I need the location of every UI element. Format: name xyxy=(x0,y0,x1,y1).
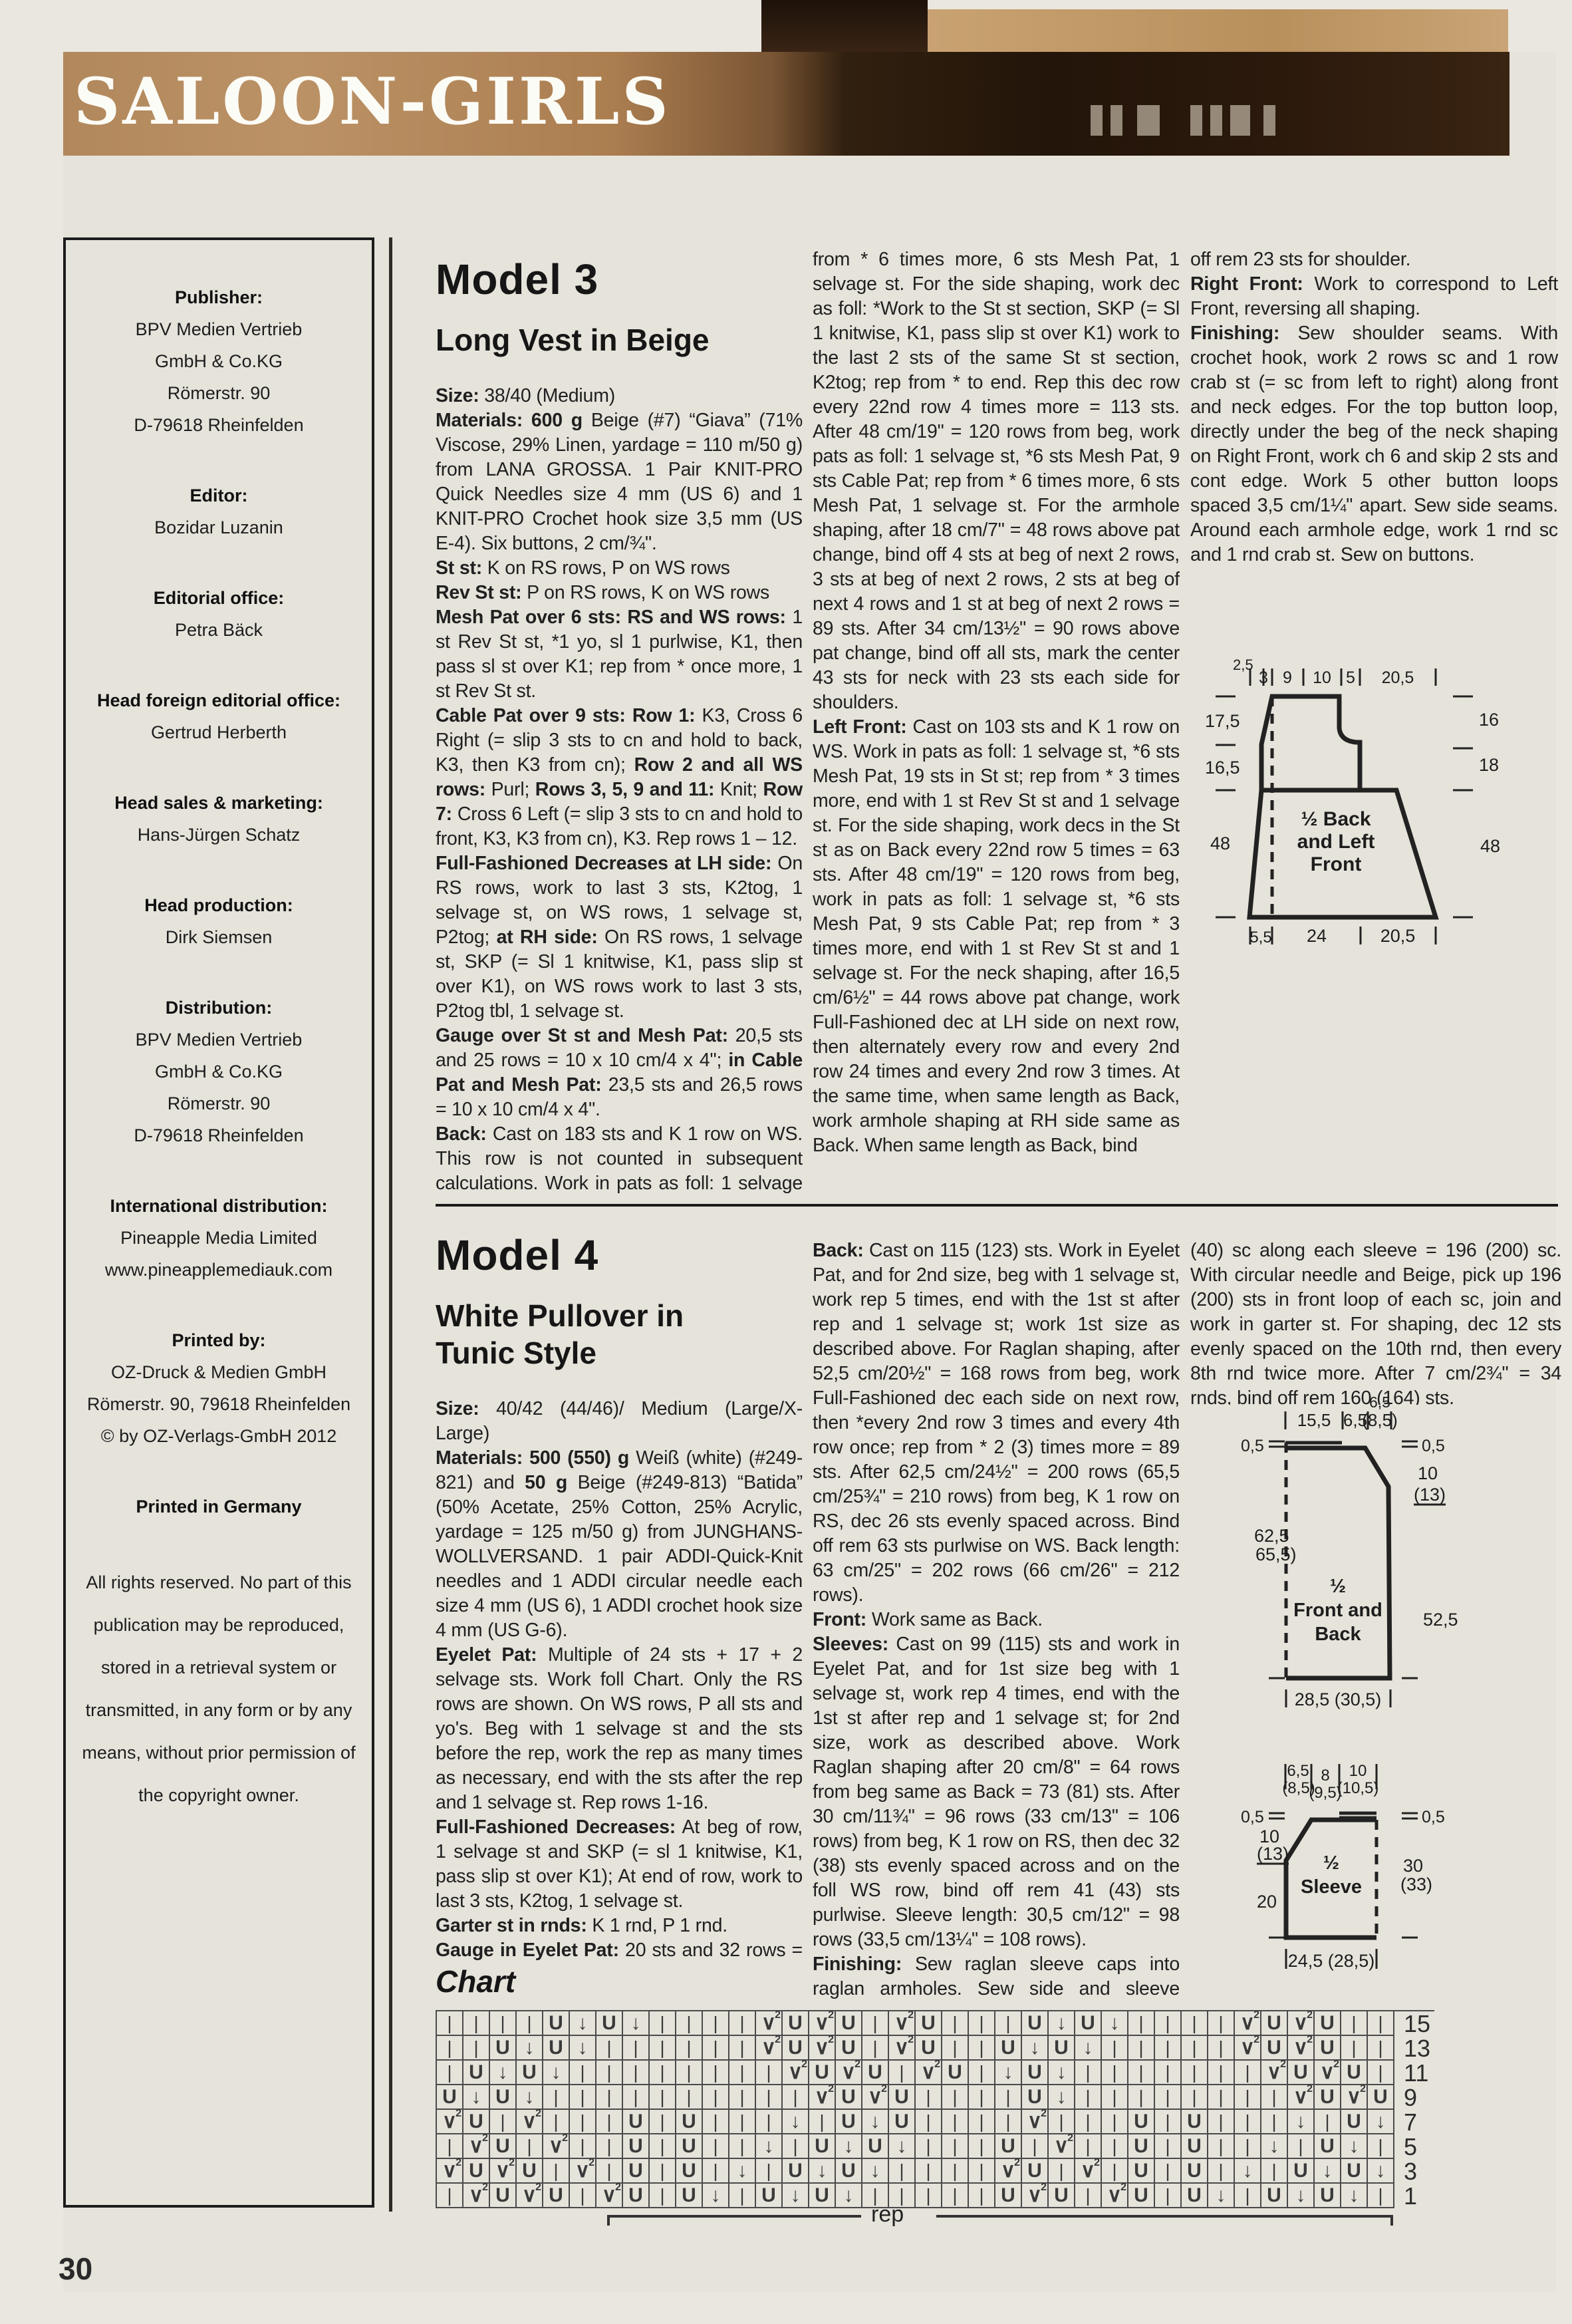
knit-stitch-icon: | xyxy=(969,2110,995,2134)
slip-stitch-icon: ↓ xyxy=(995,2061,1022,2085)
knit-stitch-icon: | xyxy=(517,2134,543,2159)
svg-text:Sleeve: Sleeve xyxy=(1301,1876,1362,1898)
double-decrease-icon: ∨2 xyxy=(756,2036,783,2061)
double-decrease-icon: ∨2 xyxy=(1261,2061,1288,2085)
imprint-section-line: Dirk Siemsen xyxy=(76,921,361,953)
slip-stitch-icon: ↓ xyxy=(703,2184,729,2208)
knit-stitch-icon: | xyxy=(1155,2159,1182,2184)
knit-stitch-icon: | xyxy=(1155,2061,1182,2085)
model3-column-3: off rem 23 sts for shoulder.Right Front:… xyxy=(1190,247,1558,647)
yarn-over-icon: U xyxy=(623,2134,650,2159)
double-decrease-icon: ∨2 xyxy=(1315,2061,1341,2085)
yarn-over-icon: U xyxy=(1315,2134,1341,2159)
imprint-section: Head sales & marketing:Hans-Jürgen Schat… xyxy=(76,787,361,851)
knit-stitch-icon: | xyxy=(570,2184,596,2208)
knit-stitch-icon: | xyxy=(756,2159,783,2184)
model3-column-1: Model 3 Long Vest in Beige Size: 38/40 (… xyxy=(436,255,803,1199)
paragraph: Right Front: Work to correspond to Left … xyxy=(1190,272,1558,321)
imprint-section-line: Gertrud Herberth xyxy=(76,716,361,748)
paragraph: Size: 40/42 (44/46)/ Medium (Large/X-Lar… xyxy=(436,1397,803,1446)
knit-stitch-icon: | xyxy=(437,2036,463,2061)
model3-text-col2: from * 6 times more, 6 sts Mesh Pat, 1 s… xyxy=(813,247,1180,1158)
yarn-over-icon: U xyxy=(1022,2011,1049,2036)
knit-stitch-icon: | xyxy=(1208,2110,1235,2134)
yarn-over-icon: U xyxy=(1022,2085,1049,2110)
double-decrease-icon: ∨2 xyxy=(517,2110,543,2134)
paragraph: Finishing: Sew shoulder seams. With croc… xyxy=(1190,321,1558,567)
yarn-over-icon: U xyxy=(1022,2159,1049,2184)
knit-stitch-icon: | xyxy=(862,2011,889,2036)
knit-stitch-icon: | xyxy=(623,2085,650,2110)
paragraph: (40) sc along each sleeve = 196 (200) sc… xyxy=(1190,1238,1561,1405)
slip-stitch-icon: ↓ xyxy=(1022,2036,1049,2061)
paragraph: Eyelet Pat: Multiple of 24 sts + 17 + 2 … xyxy=(436,1643,803,1815)
knit-stitch-icon: | xyxy=(463,2036,490,2061)
imprint-section: Editorial office:Petra Bäck xyxy=(76,582,361,646)
model4-column-2: Back: Cast on 115 (123) sts. Work in Eye… xyxy=(813,1238,1180,2003)
yarn-over-icon: U xyxy=(995,2184,1022,2208)
knit-stitch-icon: | xyxy=(889,2159,916,2184)
yarn-over-icon: U xyxy=(543,2036,570,2061)
knit-stitch-icon: | xyxy=(916,2184,942,2208)
knit-stitch-icon: | xyxy=(1368,2134,1394,2159)
chart-row-number: 9 xyxy=(1394,2085,1434,2110)
yarn-over-icon: U xyxy=(809,2061,836,2085)
imprint-section-label: Printed by: xyxy=(76,1324,361,1356)
imprint-section-line: BPV Medien Vertrieb xyxy=(76,1024,361,1056)
svg-text:½: ½ xyxy=(1323,1852,1339,1874)
double-decrease-icon: ∨2 xyxy=(1288,2085,1315,2110)
knit-stitch-icon: | xyxy=(623,2061,650,2085)
imprint-section-line: Römerstr. 90 xyxy=(76,377,361,409)
paragraph: Mesh Pat over 6 sts: RS and WS rows: 1 s… xyxy=(436,605,803,704)
svg-text:24: 24 xyxy=(1307,926,1327,946)
knit-stitch-icon: | xyxy=(1208,2011,1235,2036)
yarn-over-icon: U xyxy=(1128,2110,1155,2134)
magazine-page: SALOON-GIRLS Publisher:BPV Medien Vertri… xyxy=(0,0,1572,2324)
knit-stitch-icon: | xyxy=(1102,2085,1128,2110)
knit-stitch-icon: | xyxy=(1261,2110,1288,2134)
yarn-over-icon: U xyxy=(1049,2184,1075,2208)
model4-title: Model 4 xyxy=(436,1231,803,1280)
double-decrease-icon: ∨2 xyxy=(995,2159,1022,2184)
yarn-over-icon: U xyxy=(836,2159,862,2184)
chart-row-number: 3 xyxy=(1394,2159,1434,2184)
photo-fragment-dark xyxy=(761,0,928,53)
knit-stitch-icon: | xyxy=(729,2011,756,2036)
paragraph: Back: Cast on 183 sts and K 1 row on WS.… xyxy=(436,1122,803,1199)
imprint-section-label: International distribution: xyxy=(76,1190,361,1222)
knit-stitch-icon: | xyxy=(1182,2011,1208,2036)
knit-stitch-icon: | xyxy=(596,2036,623,2061)
slip-stitch-icon: ↓ xyxy=(1315,2159,1341,2184)
knit-stitch-icon: | xyxy=(703,2134,729,2159)
yarn-over-icon: U xyxy=(596,2011,623,2036)
knit-stitch-icon: | xyxy=(969,2036,995,2061)
imprint-section: All rights reserved. No part of this pub… xyxy=(76,1561,361,1816)
knit-stitch-icon: | xyxy=(1155,2036,1182,2061)
yarn-over-icon: U xyxy=(1288,2061,1315,2085)
knit-stitch-icon: | xyxy=(1261,2159,1288,2184)
slip-stitch-icon: ↓ xyxy=(1049,2011,1075,2036)
paragraph: Gauge in Eyelet Pat: 20 sts and 32 rows … xyxy=(436,1938,803,1962)
svg-text:16,5: 16,5 xyxy=(1205,758,1240,778)
double-decrease-icon: ∨2 xyxy=(809,2011,836,2036)
yarn-over-icon: U xyxy=(623,2184,650,2208)
knit-stitch-icon: | xyxy=(1341,2011,1368,2036)
knit-stitch-icon: | xyxy=(1102,2036,1128,2061)
knit-stitch-icon: | xyxy=(783,2085,809,2110)
knit-stitch-icon: | xyxy=(995,2110,1022,2134)
svg-text:½ Back: ½ Back xyxy=(1301,808,1371,830)
page-number: 30 xyxy=(59,2251,92,2287)
imprint-section-label: Distribution: xyxy=(76,992,361,1024)
schematic-back-left-front: 2,5 3 9 10 5 20,5 17,5 16,5 48 16 18 48 … xyxy=(1190,655,1563,961)
model3-subtitle: Long Vest in Beige xyxy=(436,321,803,359)
paragraph: Full-Fashioned Decreases at LH side: On … xyxy=(436,851,803,1024)
double-decrease-icon: ∨2 xyxy=(1049,2134,1075,2159)
slip-stitch-icon: ↓ xyxy=(1368,2159,1394,2184)
section-divider-rule xyxy=(436,1204,1558,1207)
imprint-section: International distribution:Pineapple Med… xyxy=(76,1190,361,1286)
knit-stitch-icon: | xyxy=(729,2061,756,2085)
knit-stitch-icon: | xyxy=(463,2011,490,2036)
svg-text:9: 9 xyxy=(1283,668,1292,687)
knit-stitch-icon: | xyxy=(676,2011,703,2036)
yarn-over-icon: U xyxy=(437,2085,463,2110)
slip-stitch-icon: ↓ xyxy=(1288,2184,1315,2208)
knit-stitch-icon: | xyxy=(942,2011,969,2036)
knit-stitch-icon: | xyxy=(490,2110,517,2134)
yarn-over-icon: U xyxy=(623,2110,650,2134)
slip-stitch-icon: ↓ xyxy=(783,2184,809,2208)
yarn-over-icon: U xyxy=(836,2011,862,2036)
knit-stitch-icon: | xyxy=(1235,2184,1261,2208)
knit-stitch-icon: | xyxy=(969,2184,995,2208)
slip-stitch-icon: ↓ xyxy=(1341,2184,1368,2208)
imprint-section: Head foreign editorial office:Gertrud He… xyxy=(76,684,361,748)
imprint-section: Publisher:BPV Medien VertriebGmbH & Co.K… xyxy=(76,281,361,441)
svg-text:(33): (33) xyxy=(1400,1874,1432,1894)
knit-stitch-icon: | xyxy=(570,2110,596,2134)
svg-text:30: 30 xyxy=(1403,1856,1423,1876)
yarn-over-icon: U xyxy=(1261,2184,1288,2208)
yarn-over-icon: U xyxy=(1315,2085,1341,2110)
yarn-over-icon: U xyxy=(836,2036,862,2061)
model3-title: Model 3 xyxy=(436,255,803,304)
yarn-over-icon: U xyxy=(995,2036,1022,2061)
svg-text:10: 10 xyxy=(1349,1762,1367,1780)
imprint-section-line: © by OZ-Verlags-GmbH 2012 xyxy=(76,1420,361,1452)
yarn-over-icon: U xyxy=(783,2011,809,2036)
model3-text-col3: off rem 23 sts for shoulder.Right Front:… xyxy=(1190,247,1558,567)
slip-stitch-icon: ↓ xyxy=(889,2134,916,2159)
imprint-section-line: BPV Medien Vertrieb xyxy=(76,313,361,345)
knit-stitch-icon: | xyxy=(1102,2159,1128,2184)
svg-text:½: ½ xyxy=(1330,1576,1346,1597)
yarn-over-icon: U xyxy=(1341,2159,1368,2184)
model4-column-1: Model 4 White Pullover in Tunic Style Si… xyxy=(436,1231,803,1962)
yarn-over-icon: U xyxy=(676,2184,703,2208)
yarn-over-icon: U xyxy=(756,2184,783,2208)
knit-stitch-icon: | xyxy=(1208,2036,1235,2061)
knit-stitch-icon: | xyxy=(756,2061,783,2085)
paragraph: Full-Fashioned Decreases: At beg of row,… xyxy=(436,1815,803,1914)
svg-text:3: 3 xyxy=(1259,668,1268,687)
svg-text:18: 18 xyxy=(1479,755,1499,775)
knit-stitch-icon: | xyxy=(862,2036,889,2061)
svg-text:0,5: 0,5 xyxy=(1422,1437,1445,1455)
slip-stitch-icon: ↓ xyxy=(1208,2184,1235,2208)
knit-stitch-icon: | xyxy=(676,2085,703,2110)
yarn-over-icon: U xyxy=(995,2134,1022,2159)
yarn-over-icon: U xyxy=(836,2085,862,2110)
paragraph: Size: 38/40 (Medium) xyxy=(436,384,803,408)
slip-stitch-icon: ↓ xyxy=(623,2011,650,2036)
double-decrease-icon: ∨2 xyxy=(1288,2036,1315,2061)
imprint-section-line: www.pineapplemediauk.com xyxy=(76,1254,361,1286)
knit-stitch-icon: | xyxy=(916,2085,942,2110)
knitting-chart-grid: ||||U↓U↓||||∨2U∨2U|∨2U|||U↓U↓||||∨2U∨2U|… xyxy=(436,2010,1434,2208)
slip-stitch-icon: ↓ xyxy=(1368,2110,1394,2134)
slip-stitch-icon: ↓ xyxy=(1049,2061,1075,2085)
yarn-over-icon: U xyxy=(676,2159,703,2184)
rep-label: rep xyxy=(871,2202,904,2228)
slip-stitch-icon: ↓ xyxy=(517,2085,543,2110)
slip-stitch-icon: ↓ xyxy=(729,2159,756,2184)
model4-subtitle: White Pullover in Tunic Style xyxy=(436,1297,715,1372)
knit-stitch-icon: | xyxy=(969,2011,995,2036)
svg-text:17,5: 17,5 xyxy=(1205,711,1240,731)
yarn-over-icon: U xyxy=(783,2159,809,2184)
model4-text-col1: Size: 40/42 (44/46)/ Medium (Large/X-Lar… xyxy=(436,1397,803,1962)
slip-stitch-icon: ↓ xyxy=(756,2134,783,2159)
knit-stitch-icon: | xyxy=(1102,2134,1128,2159)
knit-stitch-icon: | xyxy=(543,2085,570,2110)
double-decrease-icon: ∨2 xyxy=(596,2184,623,2208)
yarn-over-icon: U xyxy=(916,2036,942,2061)
yarn-over-icon: U xyxy=(1128,2184,1155,2208)
knit-stitch-icon: | xyxy=(437,2134,463,2159)
imprint-section-line: Bozidar Luzanin xyxy=(76,511,361,543)
knit-stitch-icon: | xyxy=(916,2159,942,2184)
knit-stitch-icon: | xyxy=(650,2184,676,2208)
svg-text:0,5: 0,5 xyxy=(1241,1437,1264,1455)
slip-stitch-icon: ↓ xyxy=(862,2159,889,2184)
imprint-section-line: D-79618 Rheinfelden xyxy=(76,1119,361,1151)
yarn-over-icon: U xyxy=(1182,2184,1208,2208)
slip-stitch-icon: ↓ xyxy=(517,2036,543,2061)
double-decrease-icon: ∨2 xyxy=(543,2134,570,2159)
double-decrease-icon: ∨2 xyxy=(1235,2036,1261,2061)
knit-stitch-icon: | xyxy=(1235,2134,1261,2159)
imprint-section-line: Römerstr. 90 xyxy=(76,1088,361,1119)
knit-stitch-icon: | xyxy=(596,2159,623,2184)
yarn-over-icon: U xyxy=(1315,2184,1341,2208)
knit-stitch-icon: | xyxy=(596,2134,623,2159)
knit-stitch-icon: | xyxy=(889,2061,916,2085)
double-decrease-icon: ∨2 xyxy=(1341,2085,1368,2110)
paragraph: Cable Pat over 9 sts: Row 1: K3, Cross 6… xyxy=(436,704,803,851)
yarn-over-icon: U xyxy=(490,2036,517,2061)
yarn-over-icon: U xyxy=(543,2184,570,2208)
paragraph: from * 6 times more, 6 sts Mesh Pat, 1 s… xyxy=(813,247,1180,715)
photo-partial-letters xyxy=(1091,105,1463,138)
knit-stitch-icon: | xyxy=(1049,2110,1075,2134)
double-decrease-icon: ∨2 xyxy=(1235,2011,1261,2036)
imprint-section-line: D-79618 Rheinfelden xyxy=(76,409,361,441)
paragraph: Left Front: Cast on 103 sts and K 1 row … xyxy=(813,715,1180,1158)
chart-row-number: 5 xyxy=(1394,2134,1434,2159)
photo-fragment-tan xyxy=(928,9,1508,53)
imprint-section-line: Römerstr. 90, 79618 Rheinfelden xyxy=(76,1388,361,1420)
yarn-over-icon: U xyxy=(490,2085,517,2110)
paragraph: St st: K on RS rows, P on WS rows xyxy=(436,556,803,581)
imprint-sections: Publisher:BPV Medien VertriebGmbH & Co.K… xyxy=(66,240,372,1816)
slip-stitch-icon: ↓ xyxy=(570,2036,596,2061)
knit-stitch-icon: | xyxy=(650,2159,676,2184)
yarn-over-icon: U xyxy=(783,2036,809,2061)
knit-stitch-icon: | xyxy=(969,2061,995,2085)
svg-text:Back: Back xyxy=(1315,1624,1361,1645)
slip-stitch-icon: ↓ xyxy=(1075,2036,1102,2061)
paragraph: Gauge over St st and Mesh Pat: 20,5 sts … xyxy=(436,1024,803,1122)
knit-stitch-icon: | xyxy=(1102,2110,1128,2134)
svg-text:20,5: 20,5 xyxy=(1380,926,1416,946)
svg-text:10: 10 xyxy=(1313,668,1331,687)
knit-stitch-icon: | xyxy=(969,2085,995,2110)
rep-bracket-line-right xyxy=(936,2215,1393,2218)
yarn-over-icon: U xyxy=(676,2134,703,2159)
svg-text:6,5: 6,5 xyxy=(1287,1762,1309,1780)
knit-stitch-icon: | xyxy=(969,2134,995,2159)
paragraph: Materials: 600 g Beige (#7) “Giava” (71%… xyxy=(436,408,803,556)
svg-text:15,5: 15,5 xyxy=(1297,1410,1331,1430)
model3-text-col1: Size: 38/40 (Medium)Materials: 600 g Bei… xyxy=(436,384,803,1199)
double-decrease-icon: ∨2 xyxy=(437,2110,463,2134)
knit-stitch-icon: | xyxy=(942,2036,969,2061)
knit-stitch-icon: | xyxy=(756,2085,783,2110)
yarn-over-icon: U xyxy=(1182,2110,1208,2134)
paragraph: Sleeves: Cast on 99 (115) sts and work i… xyxy=(813,1632,1180,1952)
knit-stitch-icon: | xyxy=(596,2061,623,2085)
double-decrease-icon: ∨2 xyxy=(889,2036,916,2061)
knit-stitch-icon: | xyxy=(1261,2085,1288,2110)
slip-stitch-icon: ↓ xyxy=(1288,2110,1315,2134)
knit-stitch-icon: | xyxy=(1128,2061,1155,2085)
knit-stitch-icon: | xyxy=(623,2036,650,2061)
svg-text:28,5 (30,5): 28,5 (30,5) xyxy=(1295,1689,1382,1709)
imprint-section-label: Editor: xyxy=(76,480,361,511)
double-decrease-icon: ∨2 xyxy=(809,2036,836,2061)
knit-stitch-icon: | xyxy=(703,2085,729,2110)
slip-stitch-icon: ↓ xyxy=(783,2110,809,2134)
imprint-section-line: OZ-Druck & Medien GmbH xyxy=(76,1356,361,1388)
knit-stitch-icon: | xyxy=(1155,2085,1182,2110)
slip-stitch-icon: ↓ xyxy=(1341,2134,1368,2159)
knit-stitch-icon: | xyxy=(1102,2061,1128,2085)
imprint-section: Head production:Dirk Siemsen xyxy=(76,889,361,953)
yarn-over-icon: U xyxy=(490,2184,517,2208)
double-decrease-icon: ∨2 xyxy=(490,2159,517,2184)
svg-text:0,5: 0,5 xyxy=(1422,1808,1445,1826)
knit-stitch-icon: | xyxy=(650,2036,676,2061)
knit-stitch-icon: | xyxy=(942,2134,969,2159)
knit-stitch-icon: | xyxy=(916,2110,942,2134)
slip-stitch-icon: ↓ xyxy=(1261,2134,1288,2159)
double-decrease-icon: ∨2 xyxy=(836,2061,862,2085)
double-decrease-icon: ∨2 xyxy=(463,2134,490,2159)
slip-stitch-icon: ↓ xyxy=(1235,2159,1261,2184)
knit-stitch-icon: | xyxy=(1182,2061,1208,2085)
imprint-box: Publisher:BPV Medien VertriebGmbH & Co.K… xyxy=(63,237,374,2208)
knit-stitch-icon: | xyxy=(809,2110,836,2134)
knit-stitch-icon: | xyxy=(596,2110,623,2134)
double-decrease-icon: ∨2 xyxy=(1022,2110,1049,2134)
chart-row-number: 7 xyxy=(1394,2110,1434,2134)
knit-stitch-icon: | xyxy=(1075,2184,1102,2208)
knit-stitch-icon: | xyxy=(756,2110,783,2134)
chart-row-number: 1 xyxy=(1394,2184,1434,2208)
knit-stitch-icon: | xyxy=(729,2036,756,2061)
knit-stitch-icon: | xyxy=(942,2184,969,2208)
svg-text:52,5: 52,5 xyxy=(1423,1610,1458,1630)
knit-stitch-icon: | xyxy=(570,2134,596,2159)
imprint-section: Distribution:BPV Medien VertriebGmbH & C… xyxy=(76,992,361,1151)
yarn-over-icon: U xyxy=(490,2134,517,2159)
yarn-over-icon: U xyxy=(1288,2159,1315,2184)
yarn-over-icon: U xyxy=(889,2110,916,2134)
knit-stitch-icon: | xyxy=(1155,2110,1182,2134)
yarn-over-icon: U xyxy=(1128,2134,1155,2159)
yarn-over-icon: U xyxy=(809,2134,836,2159)
svg-text:48: 48 xyxy=(1480,836,1500,856)
model4-text-col3: (40) sc along each sleeve = 196 (200) sc… xyxy=(1190,1238,1561,1405)
knit-stitch-icon: | xyxy=(1368,2061,1394,2085)
knit-stitch-icon: | xyxy=(1235,2110,1261,2134)
double-decrease-icon: ∨2 xyxy=(889,2011,916,2036)
svg-text:2,5: 2,5 xyxy=(1233,656,1253,673)
chart-row-number: 11 xyxy=(1394,2061,1434,2085)
knit-stitch-icon: | xyxy=(650,2134,676,2159)
yarn-over-icon: U xyxy=(676,2110,703,2134)
svg-text:(10,5): (10,5) xyxy=(1337,1779,1379,1797)
svg-text:and Left: and Left xyxy=(1297,831,1375,853)
svg-text:6,5: 6,5 xyxy=(1369,1393,1390,1411)
yarn-over-icon: U xyxy=(1049,2036,1075,2061)
slip-stitch-icon: ↓ xyxy=(463,2085,490,2110)
paragraph: off rem 23 sts for shoulder. xyxy=(1190,247,1558,272)
paragraph: Rev St st: P on RS rows, K on WS rows xyxy=(436,581,803,605)
knit-stitch-icon: | xyxy=(517,2011,543,2036)
double-decrease-icon: ∨2 xyxy=(463,2184,490,2208)
svg-text:48: 48 xyxy=(1210,833,1230,853)
knit-stitch-icon: | xyxy=(1208,2061,1235,2085)
slip-stitch-icon: ↓ xyxy=(862,2110,889,2134)
double-decrease-icon: ∨2 xyxy=(1075,2159,1102,2184)
svg-text:(13): (13) xyxy=(1414,1485,1446,1505)
svg-text:10: 10 xyxy=(1418,1463,1438,1483)
imprint-section-label: Printed in Germany xyxy=(76,1491,361,1523)
double-decrease-icon: ∨2 xyxy=(809,2085,836,2110)
knit-stitch-icon: | xyxy=(995,2085,1022,2110)
knit-stitch-icon: | xyxy=(1075,2134,1102,2159)
svg-text:20: 20 xyxy=(1257,1892,1277,1912)
imprint-section: Printed by:OZ-Druck & Medien GmbHRömerst… xyxy=(76,1324,361,1452)
yarn-over-icon: U xyxy=(543,2011,570,2036)
knit-stitch-icon: | xyxy=(1368,2011,1394,2036)
yarn-over-icon: U xyxy=(1341,2110,1368,2134)
